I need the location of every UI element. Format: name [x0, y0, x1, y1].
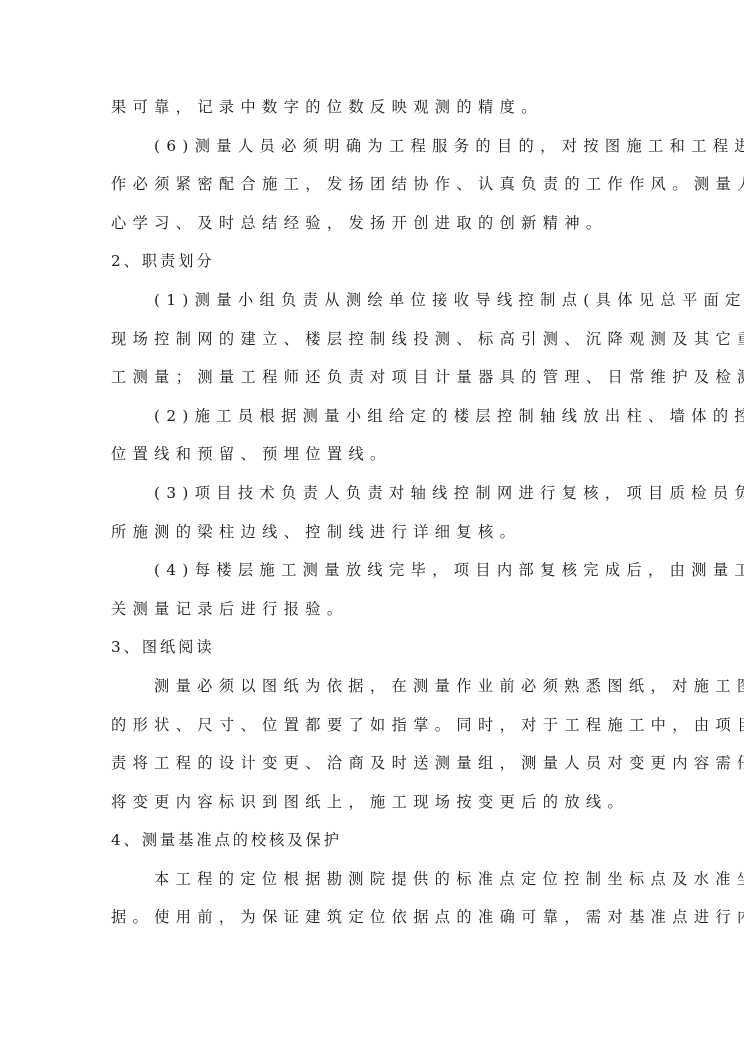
text-line-continuation: 作必须紧密配合施工，发扬团结协作、认真负责的工作作风。测量人员必须要虚	[111, 165, 635, 204]
text-line-continuation: 果可靠，记录中数字的位数反映观测的精度。	[111, 88, 635, 127]
paragraph-item-1: (1)测量小组负责从测绘单位接收导线控制点(具体见总平面定位图)。施工	[111, 281, 635, 320]
paragraph-drawing-reading: 测量必须以图纸为依据，在测量作业前必须熟悉图纸，对施工图中每一结构	[111, 667, 635, 706]
text-line-continuation: 的形状、尺寸、位置都要了如指掌。同时，对于工程施工中，由项目部资料员负	[111, 706, 635, 745]
paragraph-item-6: (6)测量人员必须明确为工程服务的目的，对按图施工和工程进度负责。工	[111, 127, 635, 166]
text-line-continuation: 责将工程的设计变更、洽商及时送测量组，测量人员对变更内容需仔细查对，并	[111, 744, 635, 783]
text-line-continuation: 所施测的梁柱边线、控制线进行详细复核。	[111, 513, 635, 552]
text-line-continuation: 据。使用前，为保证建筑定位依据点的准确可靠，需对基准点进行内业核算与外	[111, 898, 635, 937]
text-line-continuation: 心学习、及时总结经验，发扬开创进取的创新精神。	[111, 204, 635, 243]
section-heading-responsibilities: 2、职责划分	[111, 242, 635, 281]
text-line-continuation: 关测量记录后进行报验。	[111, 590, 635, 629]
text-line-continuation: 位置线和预留、预埋位置线。	[111, 435, 635, 474]
text-line-continuation: 将变更内容标识到图纸上，施工现场按变更后的放线。	[111, 783, 635, 822]
section-heading-drawing-reading: 3、图纸阅读	[111, 628, 635, 667]
paragraph-item-4: (4)每楼层施工测量放线完毕，项目内部复核完成后，由测量工程师完善相	[111, 551, 635, 590]
section-heading-benchmark-check: 4、测量基准点的校核及保护	[111, 821, 635, 860]
paragraph-item-2: (2)施工员根据测量小组给定的楼层控制轴线放出柱、墙体的控制线，梁的	[111, 397, 635, 436]
text-line-continuation: 现场控制网的建立、楼层控制线投测、标高引测、沉降观测及其它重要部位的施	[111, 320, 635, 359]
paragraph-benchmark-check: 本工程的定位根据勘测院提供的标准点定位控制坐标点及水准坐标点为依	[111, 860, 635, 899]
paragraph-item-3: (3)项目技术负责人负责对轴线控制网进行复核，项目质检员负责对施工员	[111, 474, 635, 513]
document-page: 果可靠，记录中数字的位数反映观测的精度。 (6)测量人员必须明确为工程服务的目的…	[111, 88, 635, 937]
text-line-continuation: 工测量；测量工程师还负责对项目计量器具的管理、日常维护及检测。	[111, 358, 635, 397]
